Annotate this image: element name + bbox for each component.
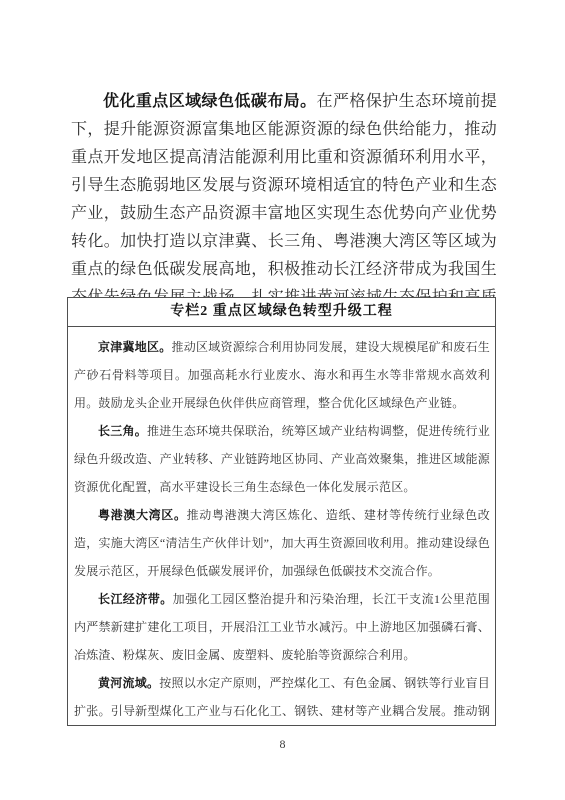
page-number: 8 xyxy=(0,737,565,752)
box-item-changjiang: 长江经济带。加强化工园区整治提升和污染治理，长江干支流1公里范围内严禁新建扩建化… xyxy=(74,585,490,669)
feature-box-title: 专栏2 重点区域绿色转型升级工程 xyxy=(68,298,495,327)
box-item-changsanjiao: 长三角。推进生态环境共保联治，统筹区域产业结构调整，促进传统行业绿色升级改造、产… xyxy=(74,417,490,501)
feature-box-body: 京津冀地区。推动区域资源综合利用协同发展，建设大规模尾矿和废石生产砂石骨料等项目… xyxy=(68,327,495,725)
box-item-lead: 京津冀地区。 xyxy=(98,340,172,354)
box-item-lead: 黄河流域。 xyxy=(98,676,159,690)
document-page: 优化重点区域绿色低碳布局。在严格保护生态环境前提下，提升能源资源富集地区能源资源… xyxy=(0,0,565,800)
feature-box: 专栏2 重点区域绿色转型升级工程 京津冀地区。推动区域资源综合利用协同发展，建设… xyxy=(67,297,496,726)
box-item-lead: 长三角。 xyxy=(98,424,147,438)
box-item-lead: 长江经济带。 xyxy=(98,592,173,606)
intro-lead: 优化重点区域绿色低碳布局。 xyxy=(103,93,317,110)
box-item-huanghe: 黄河流域。按照以水定产原则，严控煤化工、有色金属、钢铁等行业盲目扩张。引导新型煤… xyxy=(74,669,490,725)
box-item-jingjinji: 京津冀地区。推动区域资源综合利用协同发展，建设大规模尾矿和废石生产砂石骨料等项目… xyxy=(74,333,490,417)
box-item-lead: 粤港澳大湾区。 xyxy=(98,508,187,522)
box-item-yuegangao: 粤港澳大湾区。推动粤港澳大湾区炼化、造纸、建材等传统行业绿色改造，实施大湾区“清… xyxy=(74,501,490,585)
